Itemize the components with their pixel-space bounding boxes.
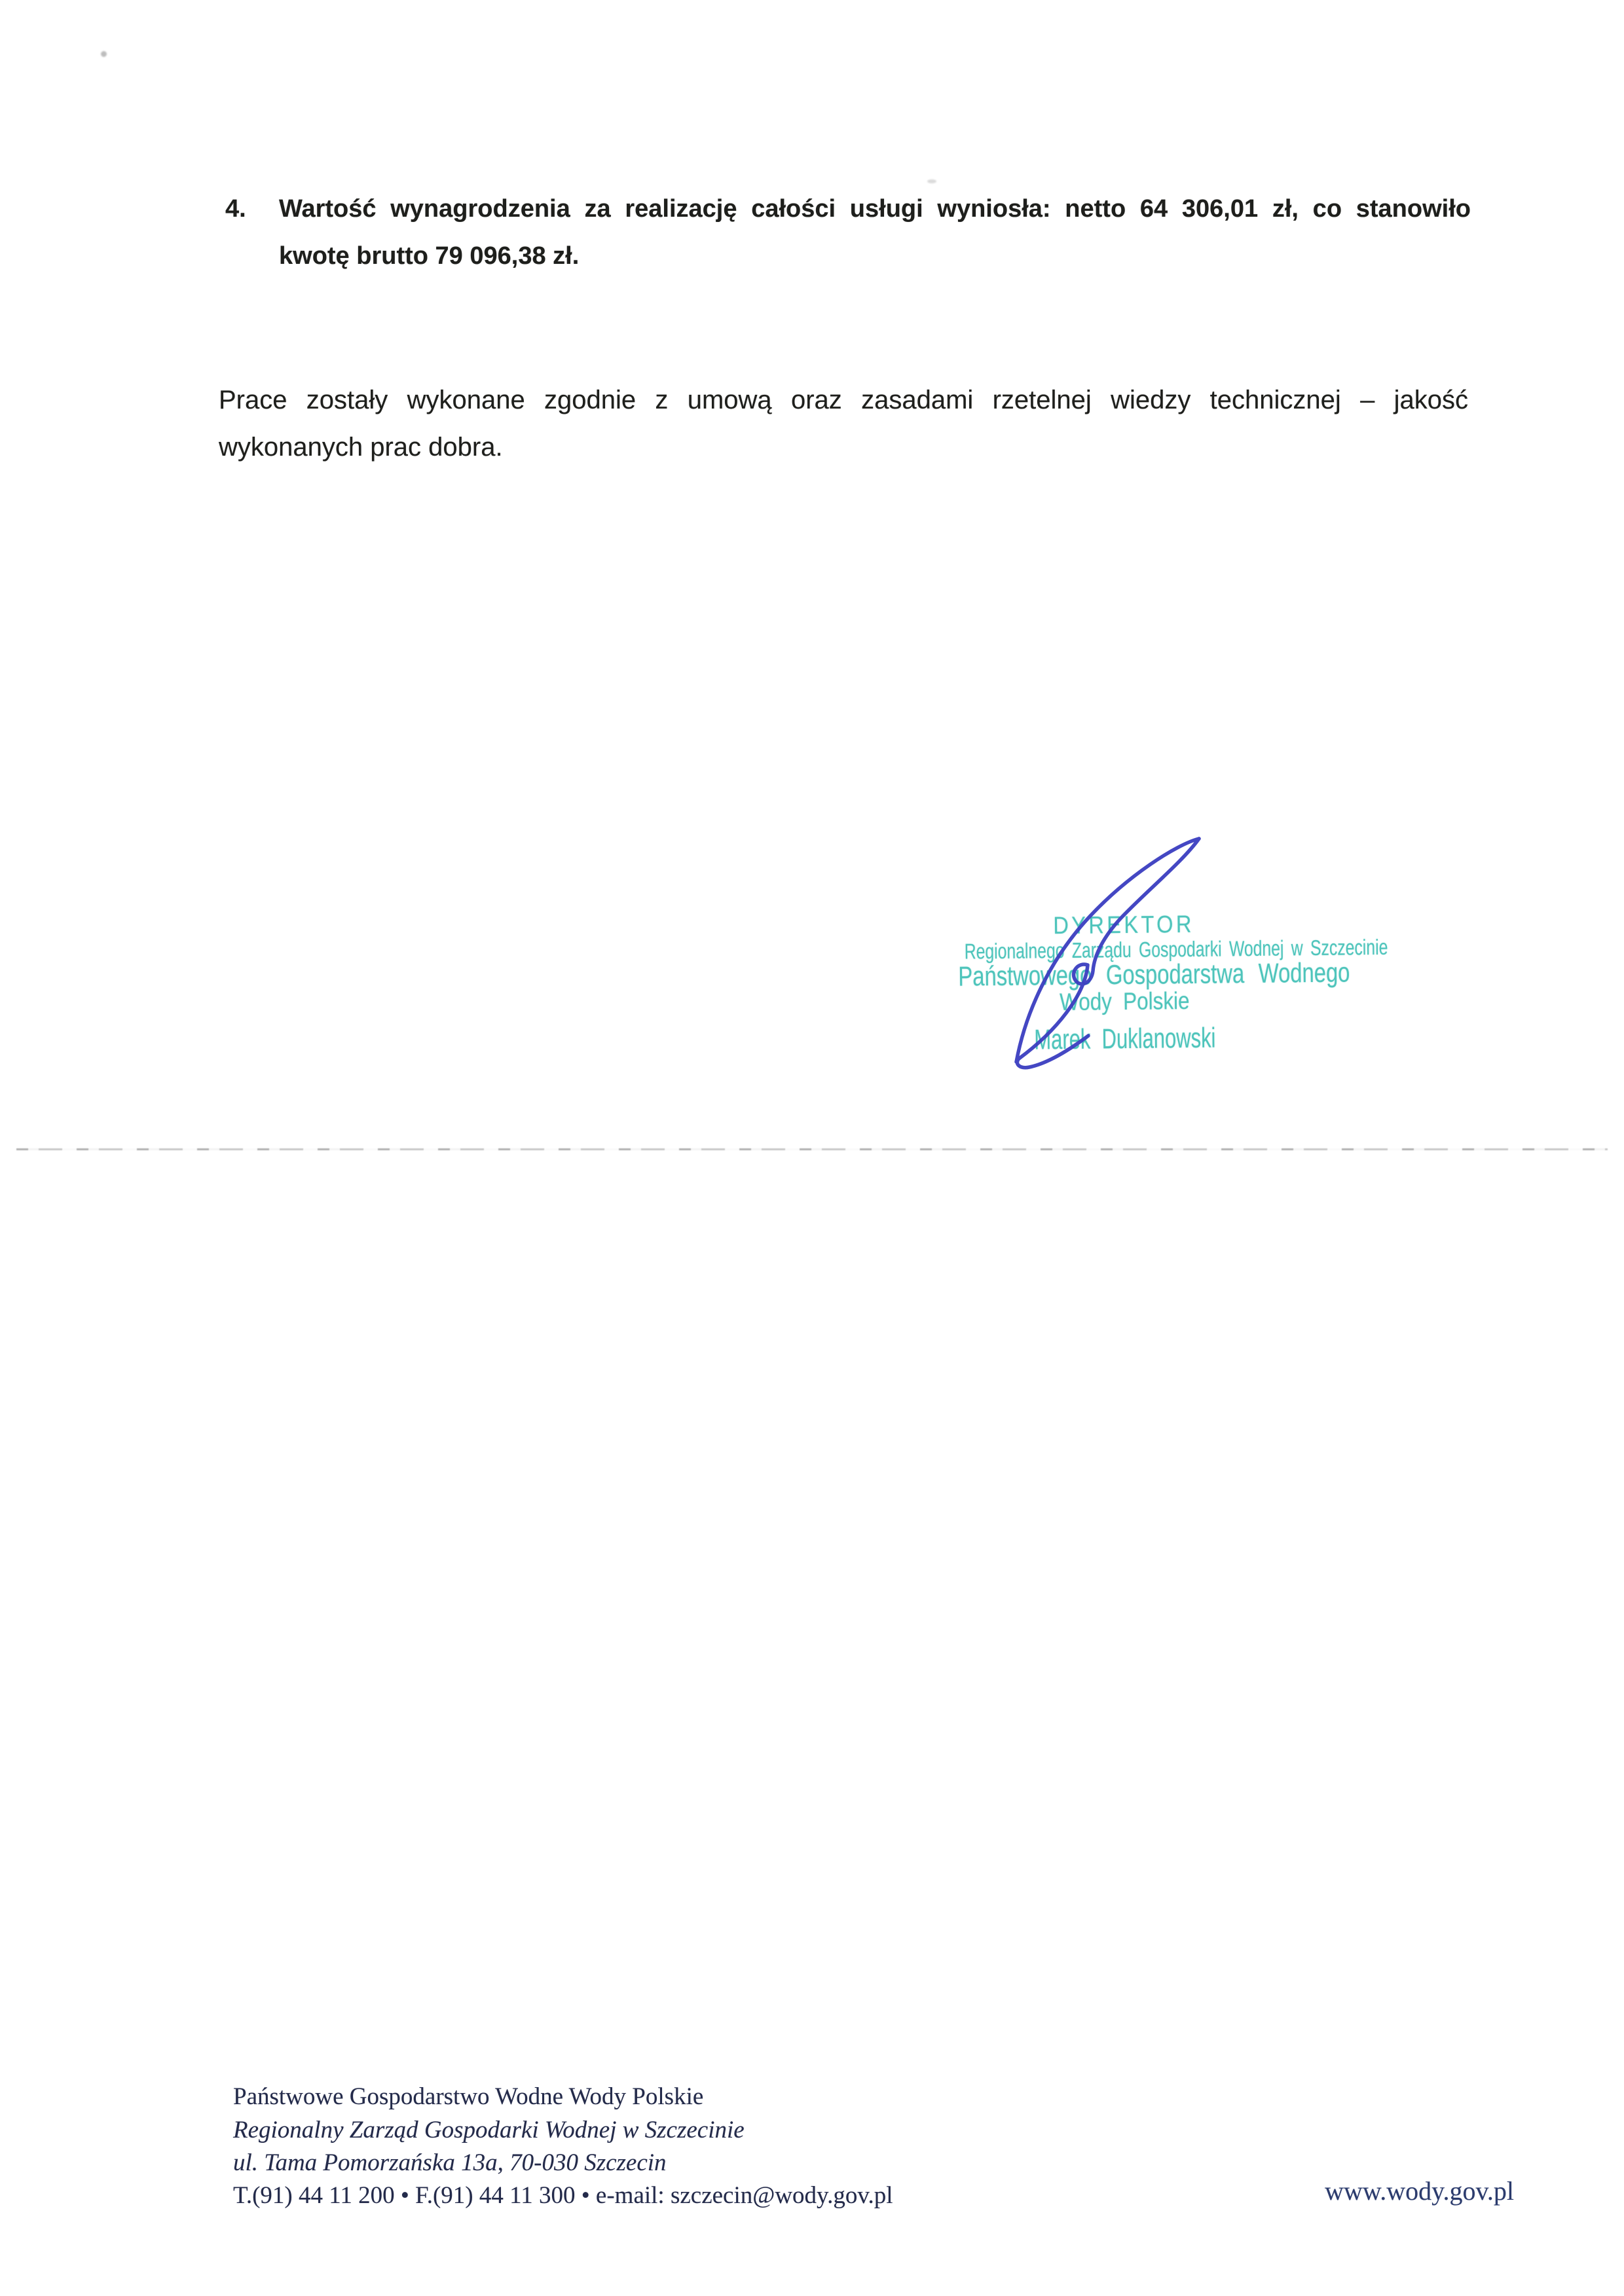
footer-website: www.wody.gov.pl — [1325, 2176, 1514, 2206]
footer-contact: T.(91) 44 11 200 • F.(91) 44 11 300 • e-… — [233, 2181, 893, 2211]
stamp-org-line-2: Państwowego Gospodarstwa Wodnego — [958, 959, 1290, 990]
stamp-org-line-3: Wody Polskie — [944, 987, 1306, 1017]
list-item-number: 4. — [225, 194, 246, 224]
paragraph-line-2: wykonanych prac dobra. — [219, 431, 503, 464]
director-stamp: DYREKTOR Regionalnego Zarządu Gospodarki… — [911, 909, 1338, 1057]
footer-address: ul. Tama Pomorzańska 13a, 70-030 Szczeci… — [233, 2148, 667, 2178]
stamp-title: DYREKTOR — [936, 909, 1311, 941]
stamp-org-line-1: Regionalnego Zarządu Gospodarki Wodnej w… — [965, 937, 1284, 962]
list-item-text-line-1: Wartość wynagrodzenia za realizację cało… — [279, 194, 1471, 224]
signature-stroke-down — [1017, 839, 1199, 1068]
stamp-signer-name: Marek Duklanowski — [972, 1023, 1278, 1056]
signature-stroke-up — [1016, 839, 1199, 1062]
scan-speck — [927, 179, 936, 183]
paragraph-line-1: Prace zostały wykonane zgodnie z umową o… — [219, 384, 1468, 416]
scan-speck — [101, 51, 107, 57]
list-item-text-line-2: kwotę brutto 79 096,38 zł. — [279, 241, 579, 271]
scanned-document-page: 4. Wartość wynagrodzenia za realizację c… — [0, 0, 1624, 2296]
footer-org-branch: Regionalny Zarząd Gospodarki Wodnej w Sz… — [233, 2115, 745, 2145]
scan-fold-line — [16, 1148, 1608, 1150]
footer-org-name: Państwowe Gospodarstwo Wodne Wody Polski… — [233, 2082, 703, 2112]
